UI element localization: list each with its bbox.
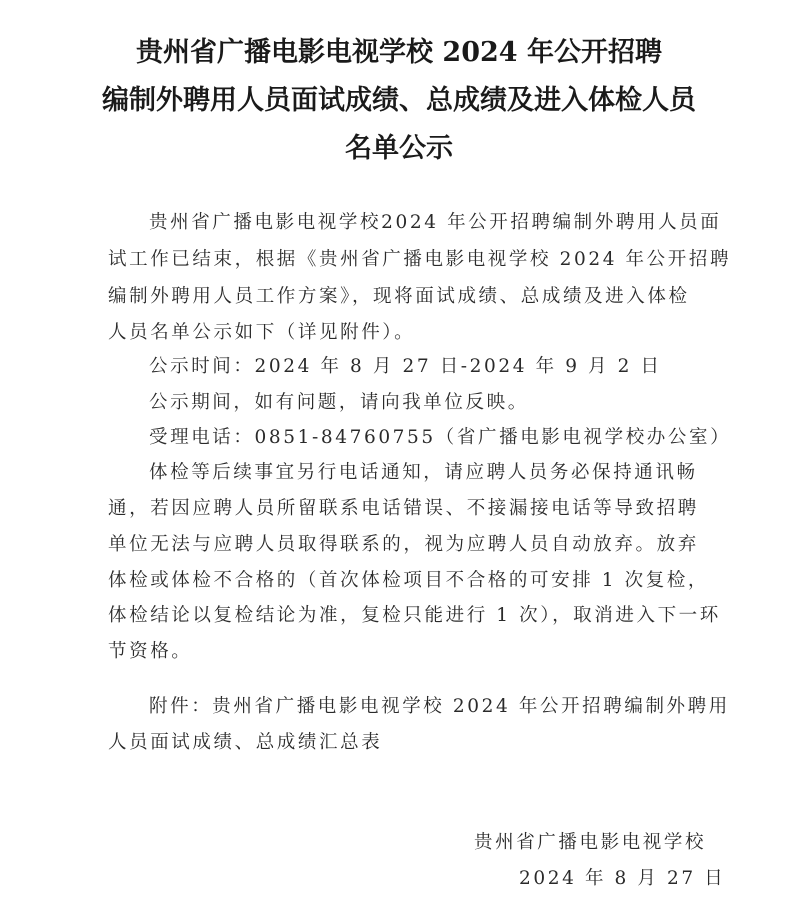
attachment-line: 附件：贵州省广播电影电视学校 2024 年公开招聘编制外聘用 bbox=[149, 692, 749, 718]
attachment-line: 人员面试成绩、总成绩汇总表 bbox=[108, 728, 708, 754]
paragraph-line: 贵州省广播电影电视学校2024 年公开招聘编制外聘用人员面 bbox=[149, 208, 749, 234]
title-line-1: 贵州省广播电影电视学校 2024 年公开招聘 bbox=[0, 30, 798, 69]
paragraph-line: 节资格。 bbox=[108, 637, 708, 663]
paragraph-line: 通，若因应聘人员所留联系电话错误、不接漏接电话等导致招聘 bbox=[108, 494, 708, 520]
feedback-note: 公示期间，如有问题，请向我单位反映。 bbox=[149, 388, 749, 414]
paragraph-line: 体检结论以复检结论为准，复检只能进行 1 次），取消进入下一环 bbox=[108, 601, 708, 627]
publicity-time: 公示时间：2024 年 8 月 27 日-2024 年 9 月 2 日 bbox=[149, 352, 749, 378]
signature-org: 贵州省广播电影电视学校 bbox=[474, 828, 706, 854]
paragraph-line: 体检等后续事宜另行电话通知，请应聘人员务必保持通讯畅 bbox=[149, 458, 749, 484]
paragraph-line: 体检或体检不合格的（首次体检项目不合格的可安排 1 次复检， bbox=[108, 566, 708, 592]
paragraph-line: 试工作已结束，根据《贵州省广播电影电视学校 2024 年公开招聘 bbox=[108, 245, 708, 271]
paragraph-line: 单位无法与应聘人员取得联系的，视为应聘人员自动放弃。放弃 bbox=[108, 530, 708, 556]
paragraph-line: 编制外聘用人员工作方案》，现将面试成绩、总成绩及进入体检 bbox=[108, 282, 708, 308]
title-line-2: 编制外聘用人员面试成绩、总成绩及进入体检人员 bbox=[0, 78, 798, 117]
contact-phone: 受理电话：0851-84760755（省广播电影电视学校办公室） bbox=[149, 423, 749, 449]
title-line-3: 名单公示 bbox=[0, 126, 798, 165]
signature-date: 2024 年 8 月 27 日 bbox=[519, 864, 725, 890]
paragraph-line: 人员名单公示如下（详见附件）。 bbox=[108, 318, 708, 344]
